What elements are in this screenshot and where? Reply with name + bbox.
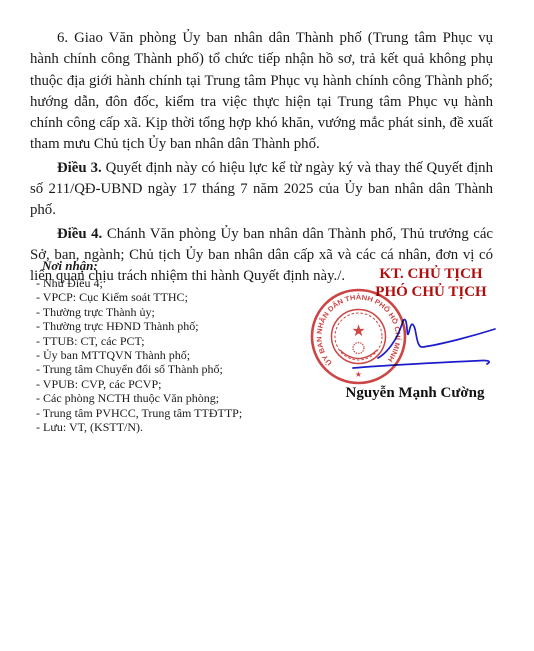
signer-name: Nguyễn Mạnh Cường: [315, 385, 515, 402]
recipient-item: - VPUB: CVP, các PCVP;: [36, 377, 286, 391]
signature-title-line1: KT. CHỦ TỊCH: [331, 266, 531, 284]
recipient-item: - Trung tâm PVHCC, Trung tâm TTĐTTP;: [36, 406, 286, 420]
recipient-item: - TTUB: CT, các PCT;: [36, 334, 286, 348]
document-body: 6. Giao Văn phòng Ủy ban nhân dân Thành …: [30, 28, 493, 288]
document-page: 6. Giao Văn phòng Ủy ban nhân dân Thành …: [0, 0, 534, 651]
signature-stroke-lower: [353, 360, 489, 368]
article-label: Điều 4.: [57, 226, 102, 242]
recipient-item: - Ủy ban MTTQVN Thành phố;: [36, 348, 286, 362]
paragraph-text: 6. Giao Văn phòng Ủy ban nhân dân Thành …: [30, 30, 493, 152]
recipients-list: Nơi nhận: - Như Điều 4; - VPCP: Cục Kiểm…: [36, 258, 286, 434]
recipient-item: - Thường trực HĐND Thành phố;: [36, 319, 286, 333]
handwritten-signature: [335, 296, 505, 376]
recipients-header: Nơi nhận:: [42, 258, 286, 273]
recipient-item: - Như Điều 4;: [36, 276, 286, 290]
recipient-item: - VPCP: Cục Kiểm soát TTHC;: [36, 290, 286, 304]
signature-stroke-upper: [378, 319, 495, 358]
paragraph: Điều 3. Quyết định này có hiệu lực kể từ…: [30, 158, 493, 222]
recipient-item: - Thường trực Thành ủy;: [36, 305, 286, 319]
recipient-item: - Lưu: VT, (KSTT/N).: [36, 420, 286, 434]
recipient-item: - Trung tâm Chuyển đổi số Thành phố;: [36, 362, 286, 376]
recipient-item: - Các phòng NCTH thuộc Văn phòng;: [36, 391, 286, 405]
paragraph: 6. Giao Văn phòng Ủy ban nhân dân Thành …: [30, 28, 493, 156]
article-label: Điều 3.: [57, 160, 102, 176]
